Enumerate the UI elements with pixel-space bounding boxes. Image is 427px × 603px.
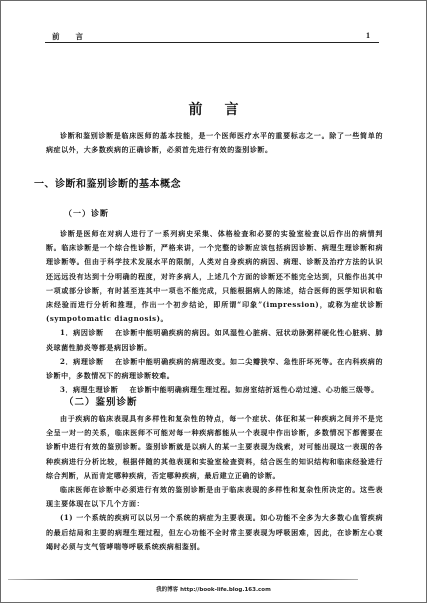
item-lead: 1．病因诊断: [60, 328, 104, 337]
subsection-heading-differential: （二）鉴别诊断: [64, 394, 138, 408]
page-title: 前言: [0, 99, 427, 119]
diagnosis-item-1: 1．病因诊断在诊断中能明确疾病的病因。如风湿性心脏病、冠状动脉粥样硬化性心脏病、…: [46, 326, 383, 354]
page-number: 1: [366, 31, 370, 40]
subsection-heading-diagnosis: （一）诊断: [64, 208, 109, 219]
differential-paragraph-2: 临床医师在诊断中必须进行有效的鉴别诊断是由于临床表现的多样性和复杂性所决定的。这…: [46, 483, 383, 511]
footer-rule: [8, 579, 358, 580]
item-lead: 2．病理诊断: [60, 357, 104, 366]
section-heading: 一、诊断和鉴别诊断的基本概念: [34, 175, 181, 190]
intro-block: 诊断和鉴别诊断是临床医师的基本技能，是一个医师医疗水平的重要标志之一。除了一些简…: [46, 129, 383, 157]
intro-paragraph: 诊断和鉴别诊断是临床医师的基本技能，是一个医师医疗水平的重要标志之一。除了一些简…: [46, 129, 383, 157]
running-head-title: 前言: [52, 31, 99, 42]
item-lead: 3．病理生理诊断: [60, 385, 118, 394]
diagnosis-paragraph: 诊断是医师在对病人进行了一系列病史采集、体格检查和必要的实验室检查以后作出的病情…: [46, 227, 383, 326]
differential-paragraph-3: (1) 一个系统的疾病可以以另一个系统的病症为主要表现。如心功能不全多为大多数心…: [46, 511, 383, 554]
diagnosis-block: 诊断是医师在对病人进行了一系列病史采集、体格检查和必要的实验室检查以后作出的病情…: [46, 227, 383, 397]
header-rule: [45, 42, 379, 43]
footer-link[interactable]: 我的博客 http://book-life.blog.163.com: [0, 585, 427, 593]
differential-block: 由于疾病的临床表现具有多样性和复杂性的特点，每一个症状、体征和某一种疾病之间并不…: [46, 412, 383, 554]
item-text: 在诊断中能明确病理生理过程。如房室结折返性心动过速、心功能三级等。: [129, 385, 378, 394]
diagnosis-item-2: 2．病理诊断在诊断中能明确疾病的病理改变。如二尖瓣狭窄、急性肝坏死等。在内科疾病…: [46, 355, 383, 383]
differential-paragraph-1: 由于疾病的临床表现具有多样性和复杂性的特点，每一个症状、体征和某一种疾病之间并不…: [46, 412, 383, 483]
